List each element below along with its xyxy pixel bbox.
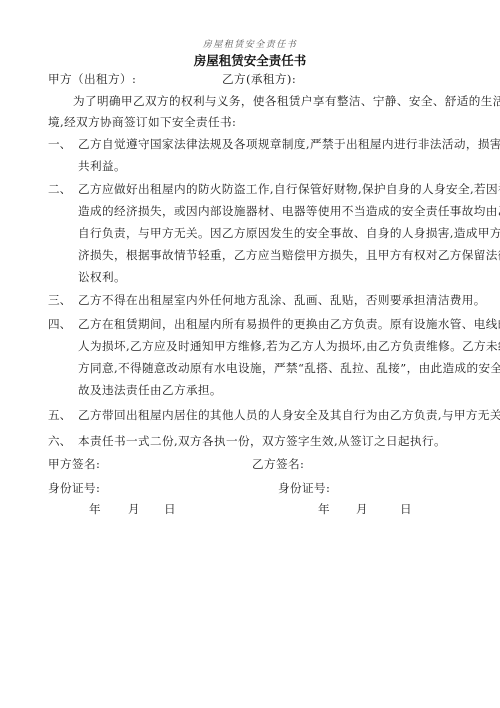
- clause-4-line: 人为损坏,乙方应及时通知甲方维修,若为乙方人为损坏,由乙方负责维修。乙方未经甲: [78, 339, 500, 353]
- clause-4-line: 方同意,不得随意改动原有水电设施，严禁“乱搭、乱拉、乱接”，由此造成的安全事: [78, 361, 500, 375]
- document-title: 房屋租赁安全责任书: [0, 51, 500, 69]
- clause-4-number: 四、: [48, 317, 71, 331]
- party-b-date-day: 日: [400, 502, 412, 516]
- clause-3-number: 三、: [48, 293, 71, 307]
- clause-2-line: 讼权利。: [78, 270, 126, 284]
- clause-2-line: 乙方应做好出租屋内的防火防盗工作,自行保管好财物,保护自身的人身安全,若因被盗: [78, 182, 500, 196]
- clause-4-line: 乙方在租赁期间，出租屋内所有易损件的更换由乙方负责。原有设施水管、电线的非: [78, 317, 500, 331]
- party-a-id-label: 身份证号:: [48, 481, 100, 495]
- party-b-id-label: 身份证号:: [278, 481, 330, 495]
- party-b-date-month: 月: [356, 502, 368, 516]
- clause-2-line: 济损失，根据事故情节轻重，乙方应当赔偿甲方损失，且甲方有权对乙方保留法律诉: [78, 248, 500, 262]
- clause-6-number: 六、: [48, 434, 71, 448]
- intro-line-1: 为了明确甲乙双方的权利与义务，使各租赁户享有整洁、宁静、安全、舒适的生活环: [73, 94, 500, 108]
- clause-3-line: 乙方不得在出租屋室内外任何地方乱涂、乱画、乱贴，否则要承担清洁费用。: [78, 293, 486, 307]
- clause-5-number: 五、: [48, 408, 71, 422]
- party-a-label: 甲方（出租方）:: [48, 72, 136, 86]
- clause-2-line: 造成的经济损失，或因内部设施器材、电器等使用不当造成的安全责任事故均由乙方: [78, 204, 500, 218]
- party-b-date-year: 年: [318, 502, 330, 516]
- party-a-date-year: 年: [89, 502, 101, 516]
- party-a-date-day: 日: [164, 502, 176, 516]
- clause-5-line: 乙方带回出租屋内居住的其他人员的人身安全及其自行为由乙方负责,与甲方无关。: [78, 408, 500, 422]
- party-a-date-month: 月: [128, 502, 140, 516]
- party-a-signature-label: 甲方签名:: [48, 457, 100, 471]
- party-b-label: 乙方(承租方):: [222, 72, 296, 86]
- intro-line-2: 境,经双方协商签订如下安全责任书:: [48, 115, 236, 129]
- clause-2-line: 自行负责，与甲方无关。因乙方原因发生的安全事故、自身的人身损害,造成甲方经: [78, 226, 500, 240]
- clause-4-line: 故及违法责任由乙方承担。: [78, 383, 222, 397]
- page-header: 房屋租赁安全责任书: [0, 37, 500, 50]
- clause-1-number: 一、: [48, 137, 71, 151]
- clause-1-line: 乙方自觉遵守国家法律法规及各项规章制度,严禁于出租屋内进行非法活动，损害公: [78, 137, 500, 151]
- party-b-signature-label: 乙方签名:: [252, 457, 304, 471]
- clause-6-line: 本责任书一式二份,双方各执一份，双方签字生效,从签订之日起执行。: [78, 434, 446, 448]
- clause-1-line: 共利益。: [78, 159, 126, 173]
- clause-2-number: 二、: [48, 182, 71, 196]
